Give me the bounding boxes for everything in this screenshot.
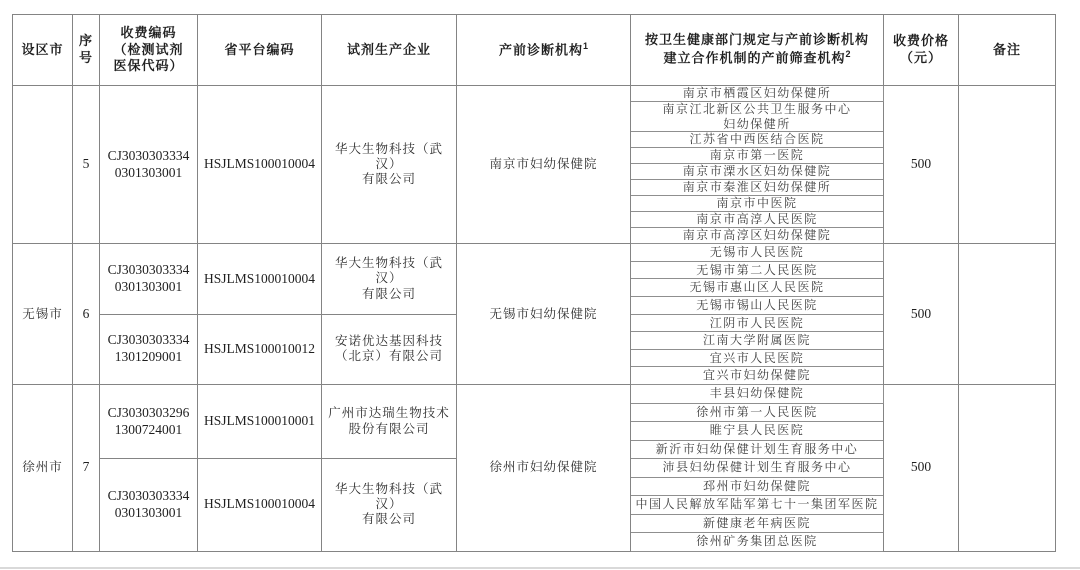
cell-city: [13, 86, 73, 244]
header-cell-fee-code: 收费编码 （检测试剂 医保代码）: [100, 15, 198, 86]
header-label: 收费价格 （元）: [893, 33, 949, 65]
cell-fee-code: CJ3030303334 1301209001: [100, 314, 198, 384]
cell-platform-code: HSJLMS100010012: [198, 314, 322, 384]
table-body: 5CJ3030303334 0301303001HSJLMS100010004华…: [13, 86, 1056, 552]
table-header: 设区市序 号收费编码 （检测试剂 医保代码）省平台编码试剂生产企业产前诊断机构1…: [13, 15, 1056, 86]
cell-screening-institution: 宜兴市妇幼保健院: [631, 367, 884, 385]
cell-screening-institution: 江苏省中西医结合医院: [631, 132, 884, 148]
cell-screening-institution: 无锡市锡山人民医院: [631, 297, 884, 315]
cell-screening-institution: 徐州市第一人民医院: [631, 403, 884, 422]
header-cell-manufacturer: 试剂生产企业: [322, 15, 457, 86]
cell-screening-institution: 徐州矿务集团总医院: [631, 533, 884, 552]
cell-manufacturer: 华大生物科技（武汉） 有限公司: [322, 459, 457, 552]
cell-seq: 7: [73, 385, 100, 552]
cell-diagnosis-institution: 无锡市妇幼保健院: [457, 244, 631, 385]
cell-screening-institution: 宜兴市人民医院: [631, 349, 884, 367]
header-label: 设区市: [21, 42, 63, 57]
page-edge-shadow: [0, 567, 1080, 569]
header-cell-screening-institutions: 按卫生健康部门规定与产前诊断机构 建立合作机制的产前筛查机构2: [631, 15, 884, 86]
header-cell-price: 收费价格 （元）: [884, 15, 959, 86]
cell-manufacturer: 华大生物科技（武汉） 有限公司: [322, 86, 457, 244]
cell-platform-code: HSJLMS100010001: [198, 385, 322, 459]
cell-platform-code: HSJLMS100010004: [198, 86, 322, 244]
cell-remark: [959, 385, 1056, 552]
header-cell-remark: 备注: [959, 15, 1056, 86]
cell-screening-institution: 江南大学附属医院: [631, 332, 884, 350]
cell-screening-institution: 无锡市人民医院: [631, 244, 884, 262]
header-footnote-marker: 1: [583, 41, 588, 51]
prenatal-screening-fee-table: 设区市序 号收费编码 （检测试剂 医保代码）省平台编码试剂生产企业产前诊断机构1…: [12, 14, 1056, 552]
cell-screening-institution: 丰县妇幼保健院: [631, 385, 884, 404]
cell-screening-institution: 南京市高淳区妇幼保健院: [631, 228, 884, 244]
cell-screening-institution: 沛县妇幼保健计划生育服务中心: [631, 459, 884, 478]
header-label: 序 号: [79, 33, 93, 65]
header-cell-city: 设区市: [13, 15, 73, 86]
cell-screening-institution: 无锡市第二人民医院: [631, 261, 884, 279]
table-row: 无锡市6CJ3030303334 0301303001HSJLMS1000100…: [13, 244, 1056, 262]
cell-screening-institution: 南京江北新区公共卫生服务中心 妇幼保健所: [631, 102, 884, 132]
header-label: 产前诊断机构: [499, 42, 583, 57]
header-row: 设区市序 号收费编码 （检测试剂 医保代码）省平台编码试剂生产企业产前诊断机构1…: [13, 15, 1056, 86]
cell-seq: 5: [73, 86, 100, 244]
fee-table-container: 设区市序 号收费编码 （检测试剂 医保代码）省平台编码试剂生产企业产前诊断机构1…: [12, 14, 1056, 552]
cell-diagnosis-institution: 南京市妇幼保健院: [457, 86, 631, 244]
header-label: 省平台编码: [224, 42, 294, 57]
header-label: 试剂生产企业: [347, 42, 431, 57]
cell-city: 徐州市: [13, 385, 73, 552]
cell-screening-institution: 南京市高淳人民医院: [631, 212, 884, 228]
header-label: 收费编码 （检测试剂 医保代码）: [113, 25, 183, 74]
cell-screening-institution: 江阴市人民医院: [631, 314, 884, 332]
header-cell-platform-code: 省平台编码: [198, 15, 322, 86]
cell-manufacturer: 广州市达瑞生物技术 股份有限公司: [322, 385, 457, 459]
cell-fee-code: CJ3030303334 0301303001: [100, 86, 198, 244]
cell-seq: 6: [73, 244, 100, 385]
cell-screening-institution: 睢宁县人民医院: [631, 422, 884, 441]
cell-price: 500: [884, 86, 959, 244]
cell-screening-institution: 南京市中医院: [631, 196, 884, 212]
cell-city: 无锡市: [13, 244, 73, 385]
cell-screening-institution: 新健康老年病医院: [631, 514, 884, 533]
cell-screening-institution: 南京市第一医院: [631, 148, 884, 164]
cell-price: 500: [884, 244, 959, 385]
header-cell-diagnosis-institution: 产前诊断机构1: [457, 15, 631, 86]
cell-screening-institution: 无锡市惠山区人民医院: [631, 279, 884, 297]
cell-diagnosis-institution: 徐州市妇幼保健院: [457, 385, 631, 552]
cell-screening-institution: 中国人民解放军陆军第七十一集团军医院: [631, 496, 884, 515]
cell-screening-institution: 南京市秦淮区妇幼保健所: [631, 180, 884, 196]
cell-manufacturer: 安诺优达基因科技 （北京）有限公司: [322, 314, 457, 384]
cell-manufacturer: 华大生物科技（武汉） 有限公司: [322, 244, 457, 314]
table-row: 5CJ3030303334 0301303001HSJLMS100010004华…: [13, 86, 1056, 102]
cell-remark: [959, 86, 1056, 244]
cell-screening-institution: 新沂市妇幼保健计划生育服务中心: [631, 440, 884, 459]
cell-fee-code: CJ3030303334 0301303001: [100, 459, 198, 552]
header-cell-seq: 序 号: [73, 15, 100, 86]
cell-platform-code: HSJLMS100010004: [198, 244, 322, 314]
cell-fee-code: CJ3030303296 1300724001: [100, 385, 198, 459]
cell-remark: [959, 244, 1056, 385]
header-footnote-marker: 2: [846, 49, 851, 59]
cell-price: 500: [884, 385, 959, 552]
table-row: 徐州市7CJ3030303296 1300724001HSJLMS1000100…: [13, 385, 1056, 404]
header-label: 备注: [993, 42, 1021, 57]
header-label: 按卫生健康部门规定与产前诊断机构 建立合作机制的产前筛查机构: [645, 32, 869, 65]
cell-screening-institution: 邳州市妇幼保健院: [631, 477, 884, 496]
cell-screening-institution: 南京市溧水区妇幼保健院: [631, 164, 884, 180]
cell-platform-code: HSJLMS100010004: [198, 459, 322, 552]
cell-fee-code: CJ3030303334 0301303001: [100, 244, 198, 314]
cell-screening-institution: 南京市栖霞区妇幼保健所: [631, 86, 884, 102]
